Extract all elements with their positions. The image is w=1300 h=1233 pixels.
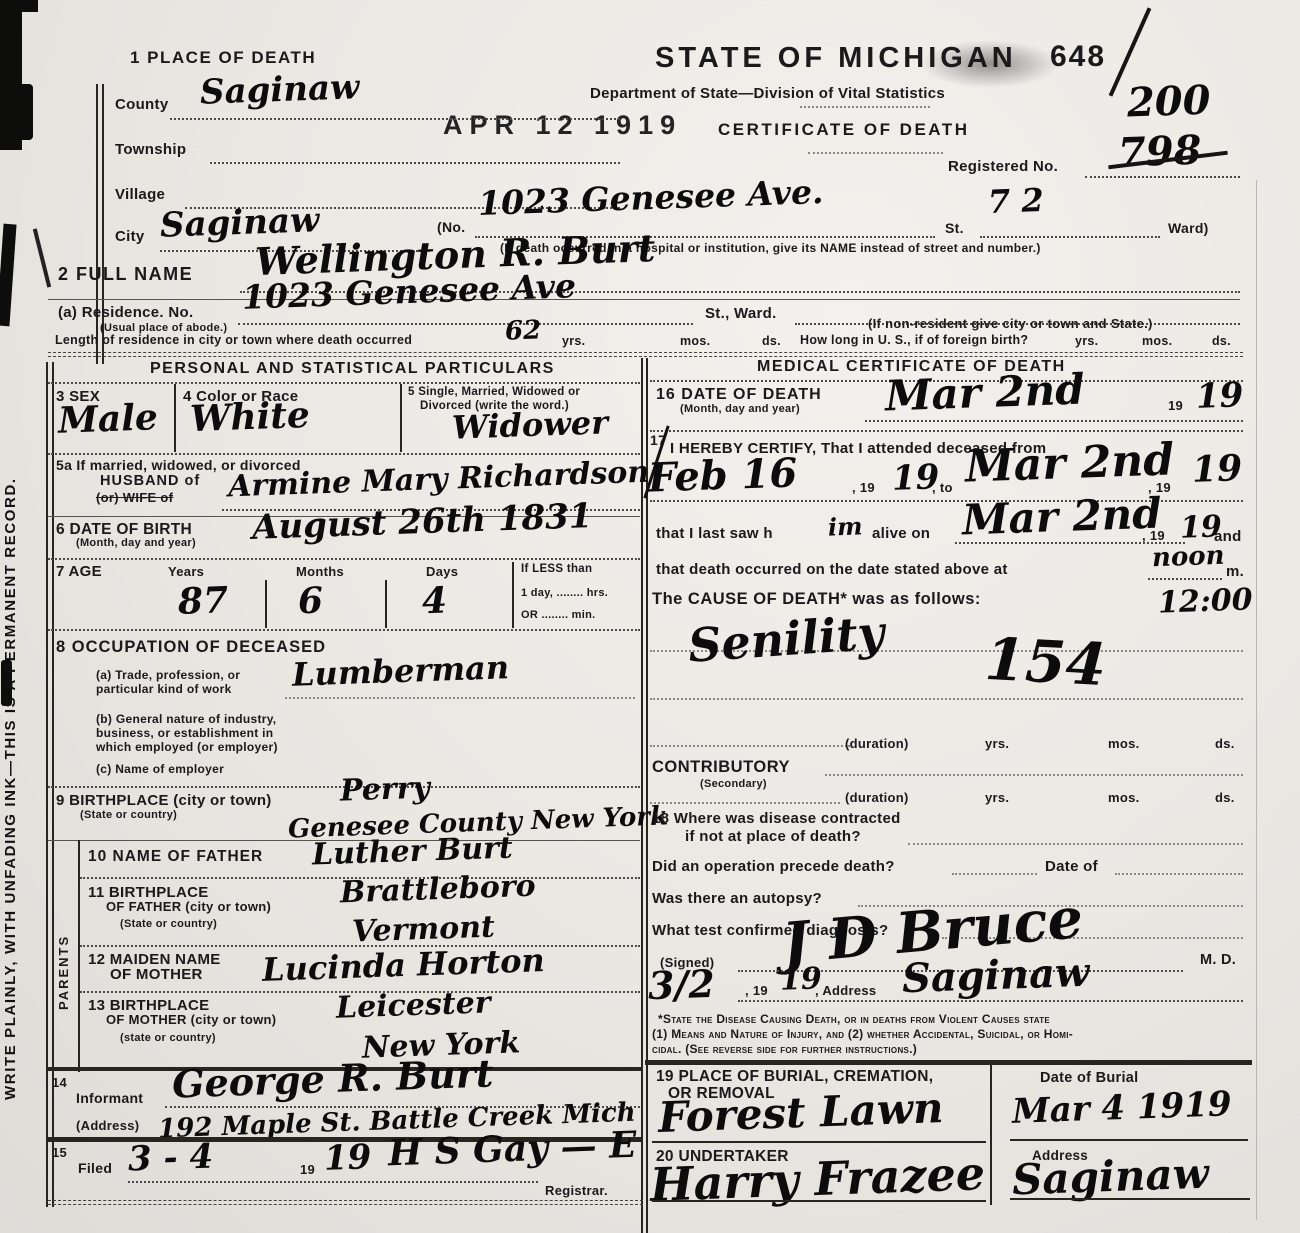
yrs-label: yrs.: [562, 334, 585, 348]
occurred-m-label: m.: [1226, 563, 1244, 580]
rule: [650, 802, 840, 804]
rule: [808, 152, 943, 154]
length-residence-label: Length of residence in city or town wher…: [55, 333, 412, 347]
ifless-label: If LESS than: [521, 563, 592, 575]
rule: [650, 698, 1243, 700]
lastsaw-him: im: [828, 511, 864, 541]
attended-to-year: 19: [1191, 447, 1243, 491]
rule: [48, 382, 640, 384]
township-label: Township: [115, 141, 186, 158]
q18-line1: 18 Where was disease contracted: [652, 810, 901, 827]
occupation-b-label2: business, or establishment in: [96, 726, 273, 740]
mos-label: mos.: [1108, 736, 1140, 751]
certificate-title: CERTIFICATE OF DEATH: [718, 120, 969, 140]
margin-note: WRITE PLAINLY, WITH UNFADING INK—THIS IS…: [2, 330, 28, 1100]
residence-label: (a) Residence. No.: [58, 304, 193, 321]
occurred-time-value: 12:00: [1157, 582, 1253, 620]
registered-no-label: Registered No.: [948, 158, 1058, 175]
rule: [908, 843, 1243, 845]
registrar-signature: H S Gay — E: [387, 1124, 637, 1175]
footnote-line1: *State the Disease Causing Death, or in …: [658, 1012, 1050, 1026]
heavy-rule: [645, 1060, 1252, 1065]
parents-label: PARENTS: [56, 880, 76, 1010]
rule: [285, 697, 635, 699]
occurred-text: that death occurred on the date stated a…: [656, 561, 1008, 578]
sex-value: Male: [57, 396, 158, 441]
occupation-b-label3: which employed (or employer): [96, 740, 278, 754]
cell-divider: [174, 384, 176, 452]
occupation-a-value: Lumberman: [291, 648, 509, 694]
age-years-header: Years: [168, 564, 204, 579]
father-name-label: 10 NAME OF FATHER: [88, 848, 263, 866]
rule: [48, 558, 640, 560]
mos-label: mos.: [1108, 790, 1140, 805]
mos-label: mos.: [1142, 334, 1172, 348]
rule: [800, 106, 930, 108]
registered-number-old: 798: [1117, 127, 1202, 177]
burial-date-label: Date of Burial: [1040, 1070, 1138, 1086]
yrs-label: yrs.: [985, 790, 1009, 805]
rule: [170, 118, 620, 120]
occupation-label: 8 OCCUPATION OF DECEASED: [56, 638, 326, 657]
age-label: 7 AGE: [56, 563, 102, 580]
occupation-a-label2: particular kind of work: [96, 682, 232, 696]
date-of-death-label: 16 DATE OF DEATH: [656, 386, 822, 404]
date-of-death-value: Mar 2nd: [884, 365, 1085, 421]
lastsaw-text: that I last saw h: [656, 525, 773, 542]
scan-artifact: [33, 228, 51, 287]
nonresident-note: (If non-resident give city or town and S…: [868, 316, 1153, 331]
street-st-label: St.: [945, 220, 964, 236]
filed-number: 15: [52, 1145, 67, 1160]
st-ward-label: St., Ward.: [705, 305, 777, 322]
city-label: City: [115, 228, 145, 245]
section-divider: [48, 352, 1243, 357]
attended-from-value: Feb 16: [647, 449, 798, 501]
cause-of-death-label: The CAUSE OF DEATH* was as follows:: [652, 590, 981, 609]
length-residence-value: 62: [504, 315, 541, 346]
dob-sublabel: (Month, day and year): [76, 537, 196, 549]
place-of-death-label: 1 PLACE OF DEATH: [130, 48, 316, 68]
father-name-value: Luther Burt: [311, 831, 513, 873]
county-label: County: [115, 96, 168, 113]
rule: [652, 1141, 986, 1143]
birthplace-city-value: Perry: [339, 770, 430, 808]
rule: [980, 236, 1160, 238]
mother-name-label2: OF MOTHER: [110, 966, 203, 983]
rule: [865, 420, 1243, 422]
rule: [1010, 1198, 1250, 1200]
cell-divider: [265, 580, 267, 628]
rule: [1010, 1139, 1248, 1141]
dateof-label: Date of: [1045, 858, 1098, 875]
to-label: , to: [932, 480, 953, 495]
mother-name-value: Lucinda Horton: [261, 941, 545, 989]
mos-label: mos.: [680, 334, 710, 348]
left-section-title: PERSONAL AND STATISTICAL PARTICULARS: [150, 360, 555, 378]
registrar-label: Registrar.: [545, 1183, 608, 1198]
informant-address-label: (Address): [76, 1118, 139, 1133]
occurred-time-word: noon: [1151, 541, 1225, 574]
ifless-line2: 1 day, ........ hrs.: [521, 587, 608, 599]
printed-comma-19: , 19: [1142, 528, 1165, 543]
street-value: 1023 Genesee Ave.: [477, 172, 824, 223]
village-label: Village: [115, 186, 165, 203]
burial-place-label: 19 PLACE OF BURIAL, CREMATION,: [656, 1068, 933, 1086]
date-of-death-sublabel: (Month, day and year): [680, 403, 800, 415]
occupation-a-label: (a) Trade, profession, or: [96, 668, 240, 682]
state-title: STATE OF MICHIGAN: [655, 42, 1017, 75]
informant-value: George R. Burt: [171, 1050, 494, 1106]
mother-birthplace-city: Leicester: [335, 985, 491, 1025]
rule: [1115, 873, 1243, 875]
wife-of-label: (or) WIFE of: [96, 490, 173, 505]
marital-value: Widower: [451, 403, 608, 446]
footnote-line3: cidal. (See reverse side for further ins…: [652, 1042, 917, 1056]
full-name-label: 2 FULL NAME: [58, 264, 193, 285]
ifless-line3: OR ........ min.: [521, 609, 595, 621]
mother-birthplace-sublabel: (state or country): [120, 1032, 216, 1044]
border-line: [46, 362, 48, 1207]
duration-label: (duration): [845, 790, 909, 805]
printed-19: 19: [1168, 398, 1183, 413]
parents-box-line: [78, 840, 80, 1072]
county-value: Saginaw: [199, 67, 360, 113]
section-divider: [48, 1200, 643, 1205]
rule: [1085, 176, 1240, 178]
burial-place-value: Forest Lawn: [657, 1083, 944, 1142]
burial-divider: [990, 1065, 992, 1205]
cell-divider: [400, 384, 402, 452]
cause-code-value: 154: [983, 625, 1107, 699]
rule: [650, 430, 1243, 432]
date-of-death-year: 19: [1195, 375, 1244, 417]
footnote-line2: (1) Means and Nature of Injury, and (2) …: [652, 1027, 1073, 1041]
occupation-c-label: (c) Name of employer: [96, 762, 224, 776]
ward-value: 7 2: [987, 181, 1044, 221]
yrs-label: yrs.: [1075, 334, 1098, 348]
ds-label: ds.: [1212, 334, 1231, 348]
father-birthplace-sublabel: (State or country): [120, 918, 217, 930]
ward-label: Ward): [1168, 220, 1209, 236]
autopsy-question: Was there an autopsy?: [652, 890, 822, 907]
burial-date-value: Mar 4 1919: [1011, 1084, 1232, 1132]
signature-date: 3/2: [647, 961, 715, 1008]
age-months-header: Months: [296, 564, 344, 579]
printed-comma-19: , 19: [745, 983, 768, 998]
rule: [650, 745, 850, 747]
rule: [825, 774, 1243, 776]
file-number: 648: [1050, 40, 1106, 74]
printed-comma-19: , 19: [852, 480, 875, 495]
border-line: [96, 84, 98, 364]
lastsaw-date-value: Mar 2nd: [961, 489, 1162, 545]
lastsaw-aliveon: alive on: [872, 525, 930, 542]
rule: [48, 453, 640, 455]
rule: [1148, 578, 1222, 580]
ds-label: ds.: [1215, 790, 1235, 805]
cause-of-death-value: Senility: [686, 605, 886, 673]
rule: [128, 1181, 538, 1183]
occupation-b-label: (b) General nature of industry,: [96, 712, 276, 726]
contributory-sublabel: (Secondary): [700, 778, 767, 790]
rule: [238, 323, 693, 325]
border-line: [1256, 180, 1257, 1220]
rule: [48, 299, 1240, 300]
age-months-value: 6: [297, 580, 324, 623]
ds-label: ds.: [1215, 736, 1235, 751]
q18-line2: if not at place of death?: [685, 828, 861, 845]
undertaker-address-value: Saginaw: [1011, 1149, 1209, 1205]
address-label: , Address: [815, 983, 876, 998]
death-certificate-scan: WRITE PLAINLY, WITH UNFADING INK—THIS IS…: [0, 0, 1300, 1233]
rule: [738, 1000, 1243, 1002]
attended-to-value: Mar 2nd: [964, 434, 1175, 492]
race-value: White: [189, 394, 310, 440]
filed-year-value: 19: [323, 1137, 372, 1179]
age-years-value: 87: [177, 579, 229, 623]
mother-birthplace-label2: OF MOTHER (city or town): [106, 1012, 276, 1027]
operation-question: Did an operation precede death?: [652, 858, 895, 875]
duration-label: (duration): [845, 736, 909, 751]
signature-address-value: Saginaw: [901, 949, 1090, 1003]
rule: [952, 873, 1037, 875]
md-label: M. D.: [1200, 952, 1236, 968]
howlong-us-label: How long in U. S., if of foreign birth?: [800, 333, 1028, 347]
birthplace-sublabel: (State or country): [80, 809, 177, 821]
department-line: Department of State—Division of Vital St…: [590, 85, 945, 102]
dob-value: August 26th 1831: [251, 496, 593, 548]
yrs-label: yrs.: [985, 736, 1009, 751]
rule: [652, 1200, 986, 1202]
informant-number: 14: [52, 1075, 67, 1090]
rule: [210, 162, 620, 164]
date-received-stamp: APR 12 1919: [443, 110, 682, 141]
scan-artifact: [0, 224, 17, 327]
marital-label: 5 Single, Married, Widowed or: [408, 386, 580, 398]
scan-artifact: [0, 84, 33, 140]
filed-label: Filed: [78, 1160, 112, 1176]
informant-label: Informant: [76, 1090, 143, 1106]
rule: [48, 629, 640, 631]
age-days-value: 4: [421, 580, 448, 623]
cell-divider: [512, 562, 514, 628]
filed-19-printed: 19: [300, 1162, 315, 1177]
father-birthplace-city: Brattleboro: [339, 869, 536, 911]
cell-divider: [385, 580, 387, 628]
birthplace-label: 9 BIRTHPLACE (city or town): [56, 792, 272, 809]
age-days-header: Days: [426, 564, 458, 579]
filed-date-value: 3 - 4: [127, 1137, 213, 1180]
registered-number-new: 200: [1126, 77, 1211, 127]
ds-label: ds.: [762, 334, 781, 348]
husband-of-label: HUSBAND of: [100, 473, 200, 489]
contributory-label: CONTRIBUTORY: [652, 758, 790, 777]
father-birthplace-label2: OF FATHER (city or town): [106, 899, 271, 914]
